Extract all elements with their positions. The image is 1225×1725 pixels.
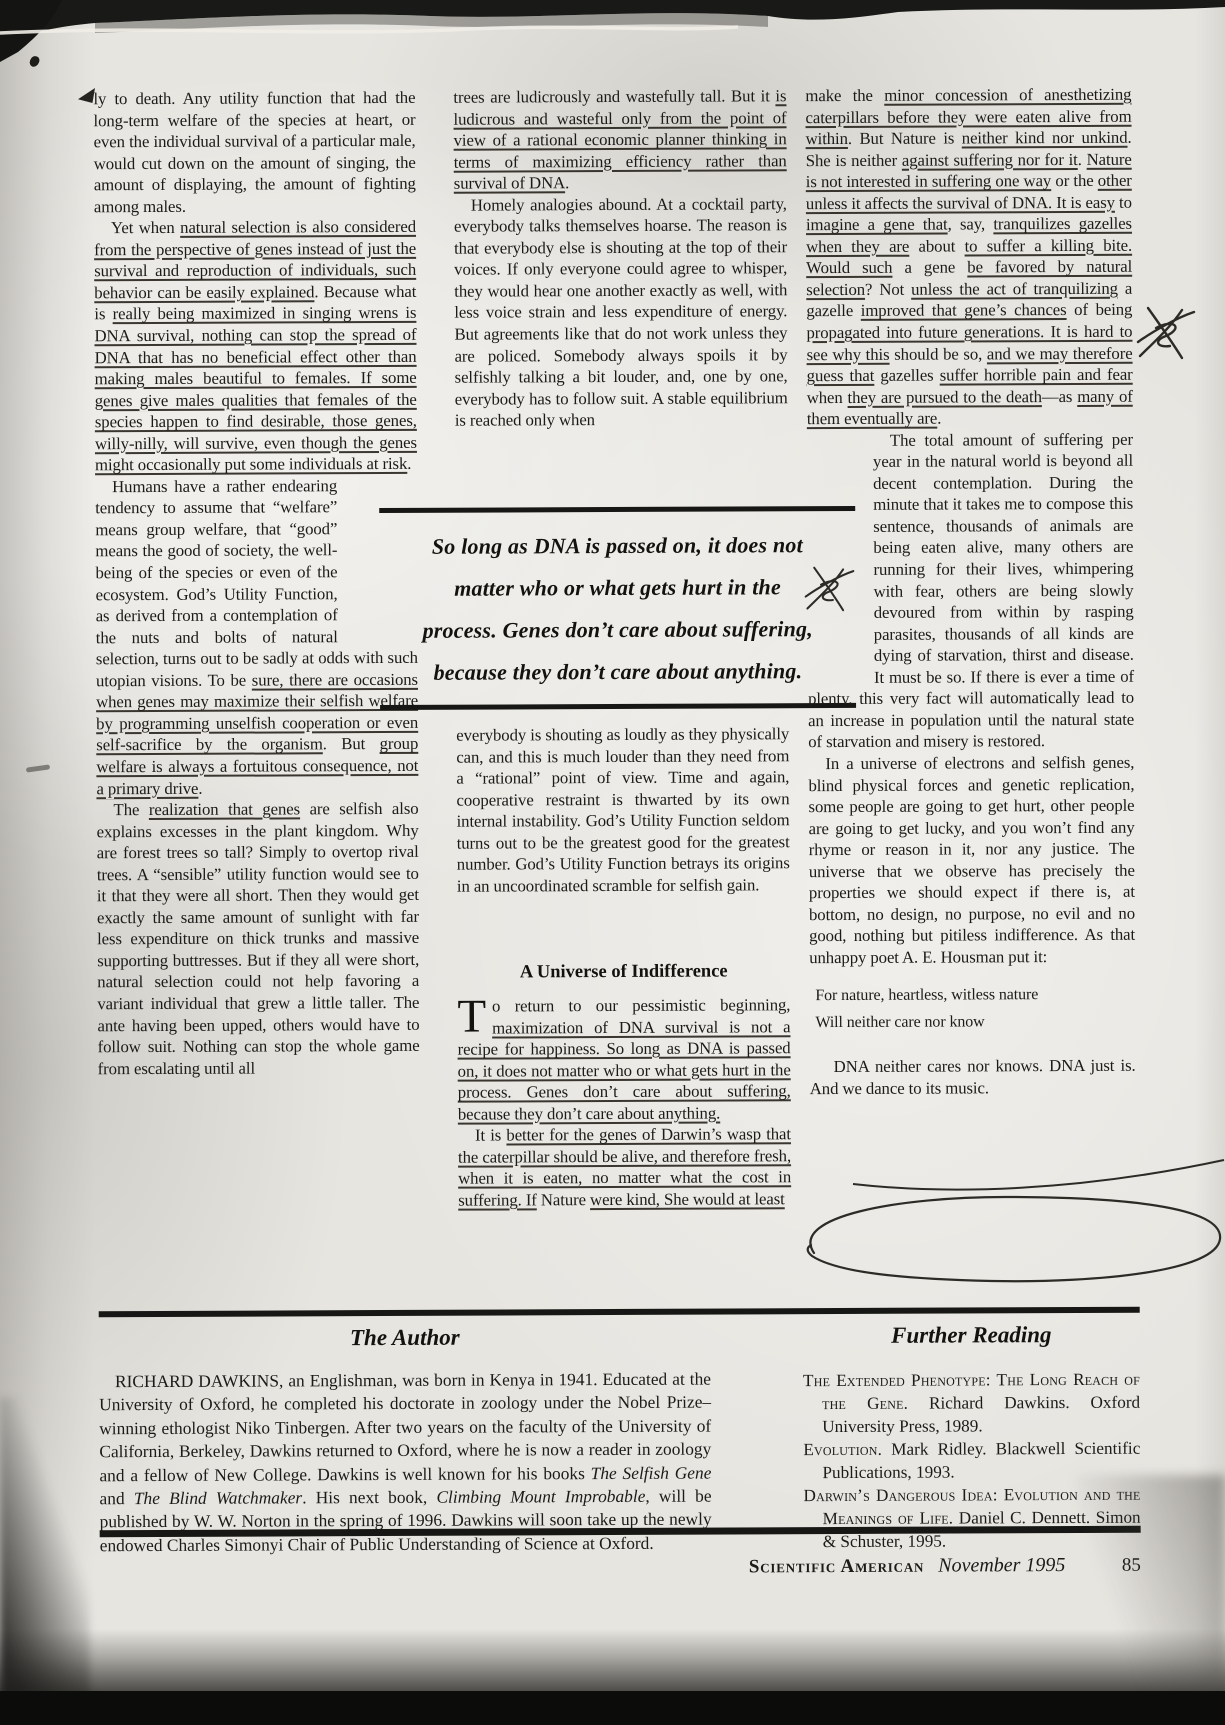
- poem-quote: For nature, heartless, witless nature Wi…: [815, 981, 1135, 1036]
- paragraph: To return to our pessimistic beginning, …: [457, 994, 791, 1125]
- pull-quote-line: process. Genes don’t care about sufferin…: [384, 608, 852, 652]
- magazine-page-scan: ly to death. Any utility function that h…: [0, 0, 1225, 1725]
- scan-corner-shadow: [0, 1397, 90, 1697]
- poem-line: Will neither care nor know: [815, 1014, 984, 1032]
- horizontal-rule: [99, 1307, 1140, 1318]
- further-reading-heading: Further Reading: [803, 1322, 1140, 1349]
- paragraph: everybody is shouting as loudly as they …: [456, 723, 790, 897]
- section-heading: A Universe of Indifference: [457, 961, 790, 983]
- paragraph: In a universe of electrons and selfish g…: [808, 752, 1135, 969]
- scan-corner-shadow: [1075, 1475, 1225, 1705]
- column-middle-continuation: everybody is shouting as loudly as they …: [456, 723, 790, 897]
- column-right: make the minor concession of anesthetizi…: [805, 84, 1135, 1100]
- scan-bottom-bar: [0, 1691, 1225, 1725]
- pull-quote-line: matter who or what gets hurt in the: [383, 566, 851, 610]
- paragraph: make the minor concession of anesthetizi…: [805, 84, 1133, 430]
- page-content: ly to death. Any utility function that h…: [0, 0, 1225, 1725]
- drop-cap: T: [457, 996, 492, 1036]
- pull-quote-line: So long as DNA is passed on, it does not: [383, 524, 851, 568]
- paragraph: The realization that genes are selfish a…: [96, 798, 419, 1080]
- paragraph: trees are ludicrously and wastefully tal…: [453, 85, 786, 194]
- paragraph: Yet when natural selection is also consi…: [94, 216, 417, 476]
- poem-line: For nature, heartless, witless nature: [815, 987, 1038, 1005]
- column-left: ly to death. Any utility function that h…: [93, 87, 419, 1080]
- scan-bottom-shading: [0, 1629, 1225, 1691]
- circled-closing-paragraph: DNA neither cares nor knows. DNA just is…: [810, 1055, 1136, 1100]
- paragraph: ly to death. Any utility function that h…: [93, 87, 416, 218]
- paragraph: Humans have a rather endearing tendency …: [95, 475, 418, 800]
- reference-item: The Extended Phenotype: The Long Reach o…: [803, 1368, 1140, 1438]
- pull-quote: So long as DNA is passed on, it does not…: [379, 506, 856, 710]
- paragraph: It is better for the genes of Darwin’s w…: [458, 1124, 791, 1212]
- author-section-heading: The Author: [99, 1324, 711, 1353]
- paragraph: The total amount of suffering per year i…: [807, 428, 1134, 753]
- paragraph: Homely analogies abound. At a cocktail p…: [454, 193, 788, 431]
- footer-magazine-title: Scientific American: [749, 1556, 924, 1579]
- footer-issue-date: November 1995: [938, 1554, 1065, 1578]
- column-middle-top: trees are ludicrously and wastefully tal…: [453, 85, 788, 431]
- pull-quote-line: because they don’t care about anything.: [384, 650, 852, 694]
- column-middle-bottom: To return to our pessimistic beginning, …: [457, 994, 791, 1211]
- pullquote-wrap-spacer: [807, 430, 874, 668]
